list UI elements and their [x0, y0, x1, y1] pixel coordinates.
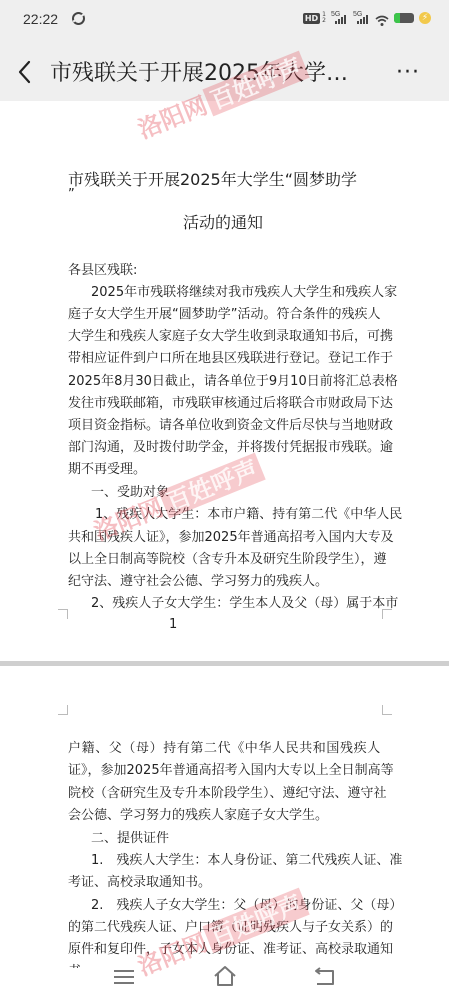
paragraph-line: 1. 残疾人大学生：本人身份证、第二代残疾人证、准 — [91, 849, 402, 868]
paragraph-line: 庭子女大学生开展“圆梦助学”活动。符合条件的残疾人 — [68, 303, 380, 322]
paragraph-line: 证》，参加2025年普通高招考入国内大专以上全日制高等 — [68, 759, 394, 778]
paragraph-line: 2025年市残联将继续对我市残疾人大学生和残疾人家 — [91, 281, 397, 300]
hd-voice-icon: HD — [303, 13, 320, 24]
signal-sim1-icon: 5G — [331, 11, 348, 25]
home-icon[interactable] — [212, 964, 238, 988]
section-heading: 二、提供证件 — [91, 827, 169, 846]
paragraph-line: 户籍、父（母）持有第二代《中华人民共和国残疾人 — [68, 737, 381, 756]
more-options-button[interactable]: ··· — [396, 60, 420, 85]
paragraph-line: 大学生和残疾人家庭子女大学生收到录取通知书后，可携 — [68, 325, 393, 344]
chevron-left-icon — [14, 58, 36, 86]
paragraph-line: 带相应证件到户口所在地县区残联进行登记。登记工作于 — [68, 347, 393, 366]
page-number: 1 — [169, 617, 177, 632]
status-icons: HD 1 2 5G 5G ⚡ — [303, 10, 431, 26]
status-time: 22:22 — [23, 11, 58, 27]
document-title-quote: ” — [68, 187, 75, 202]
menu-icon[interactable] — [114, 970, 134, 984]
paragraph-line: 部门沟通，及时拨付助学金，并将拨付凭据报市残联。逾 — [68, 436, 393, 455]
document-title-line1: 市残联关于开展2025年大学生“圆梦助学 — [68, 167, 357, 190]
paragraph-line: 纪守法、遵守社会公德、学习努力的残疾人。 — [68, 570, 328, 589]
page-corner-mark — [58, 609, 68, 619]
back-icon[interactable] — [312, 964, 338, 988]
hd-sim-indicator: 1 2 — [322, 12, 326, 24]
paragraph-line: 会公德、学习努力的残疾人家庭子女大学生。 — [68, 804, 328, 823]
paragraph-line: 考证、高校录取通知书。 — [68, 871, 211, 890]
paragraph-line: 项目资金指标。请各单位收到资金文件后尽快与当地财政 — [68, 414, 393, 433]
page-corner-mark — [382, 609, 392, 619]
paragraph-line: 2、残疾人子女大学生：学生本人及父（母）属于本市 — [91, 592, 398, 611]
system-nav-bar — [0, 950, 449, 1000]
back-button[interactable] — [14, 58, 36, 86]
paragraph-line: 以上全日制高等院校（含专升本及研究生阶段学生），遵 — [68, 548, 387, 567]
charging-bolt-icon: ⚡ — [419, 12, 431, 24]
page-corner-mark — [382, 705, 392, 715]
paragraph-line: 发往市残联邮箱，市残联审核通过后将联合市财政局下达 — [68, 392, 393, 411]
sync-icon — [72, 12, 85, 25]
battery-icon — [394, 13, 414, 23]
page-corner-mark — [58, 705, 68, 715]
signal-sim2-icon: 5G — [353, 11, 370, 25]
document-title-line2: 活动的通知 — [183, 210, 263, 233]
paragraph-line: 2025年8月30日截止，请各单位于9月10日前将汇总表格 — [68, 370, 398, 389]
paragraph-line: 院校（含研究生及专升本阶段学生）、遵纪守法、遵守社 — [68, 782, 387, 801]
paragraph-line: 期不再受理。 — [68, 458, 146, 477]
page-separator — [0, 661, 449, 666]
salutation: 各县区残联: — [68, 259, 137, 278]
wifi-icon — [375, 12, 389, 24]
